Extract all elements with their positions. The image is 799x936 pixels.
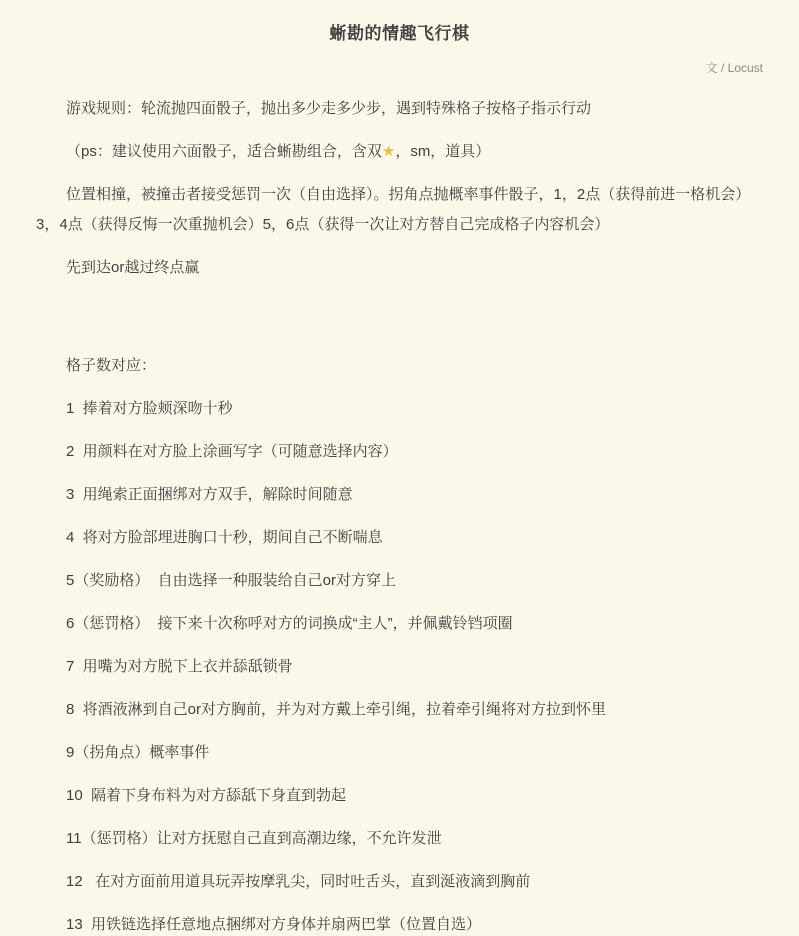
cell-item-5: 5（奖励格） 自由选择一种服装给自己or对方穿上 <box>36 566 763 596</box>
list-header: 格子数对应： <box>36 351 763 381</box>
rules-paragraph-1: 游戏规则：轮流抛四面骰子，抛出多少走多少步，遇到特殊格子按格子指示行动 <box>36 94 763 124</box>
page-title: 蜥勘的情趣飞行棋 <box>36 22 763 46</box>
cell-item-11: 11（惩罚格）让对方抚慰自己直到高潮边缘，不允许发泄 <box>36 824 763 854</box>
cell-item-6: 6（惩罚格） 接下来十次称呼对方的词换成“主人”，并佩戴铃铛项圈 <box>36 609 763 639</box>
cell-item-3: 3 用绳索正面捆绑对方双手，解除时间随意 <box>36 480 763 510</box>
cell-item-9: 9（拐角点）概率事件 <box>36 738 763 768</box>
cell-item-12: 12 在对方面前用道具玩弄按摩乳尖，同时吐舌头，直到涎液滴到胸前 <box>36 867 763 897</box>
cell-item-4: 4 将对方脸部埋进胸口十秒，期间自己不断喘息 <box>36 523 763 553</box>
rules-paragraph-3: 位置相撞，被撞击者接受惩罚一次（自由选择）。拐角点抛概率事件骰子，1，2点（获得… <box>36 180 763 240</box>
rules-paragraph-4: 先到达or越过终点赢 <box>36 253 763 283</box>
cell-item-1: 1 捧着对方脸颊深吻十秒 <box>36 394 763 424</box>
blank-spacer <box>36 296 763 338</box>
rules-paragraph-2-text: （ps：建议使用六面骰子，适合蜥勘组合，含双 <box>66 143 382 160</box>
author-byline: 文 / Locust <box>36 60 763 76</box>
cell-item-13: 13 用铁链选择任意地点捆绑对方身体并扇两巴掌（位置自选） <box>36 910 763 936</box>
rules-paragraph-2: （ps：建议使用六面骰子，适合蜥勘组合，含双★，sm，道具） <box>36 137 763 167</box>
cell-item-7: 7 用嘴为对方脱下上衣并舔舐锁骨 <box>36 652 763 682</box>
cell-item-10: 10 隔着下身布料为对方舔舐下身直到勃起 <box>36 781 763 811</box>
rules-paragraph-2-suffix: ，sm，道具） <box>395 143 490 160</box>
cell-item-2: 2 用颜料在对方脸上涂画写字（可随意选择内容） <box>36 437 763 467</box>
star-icon: ★ <box>382 143 395 160</box>
cell-item-8: 8 将酒液淋到自己or对方胸前，并为对方戴上牵引绳，拉着牵引绳将对方拉到怀里 <box>36 695 763 725</box>
document-page: 蜥勘的情趣飞行棋 文 / Locust 游戏规则：轮流抛四面骰子，抛出多少走多少… <box>0 0 799 936</box>
